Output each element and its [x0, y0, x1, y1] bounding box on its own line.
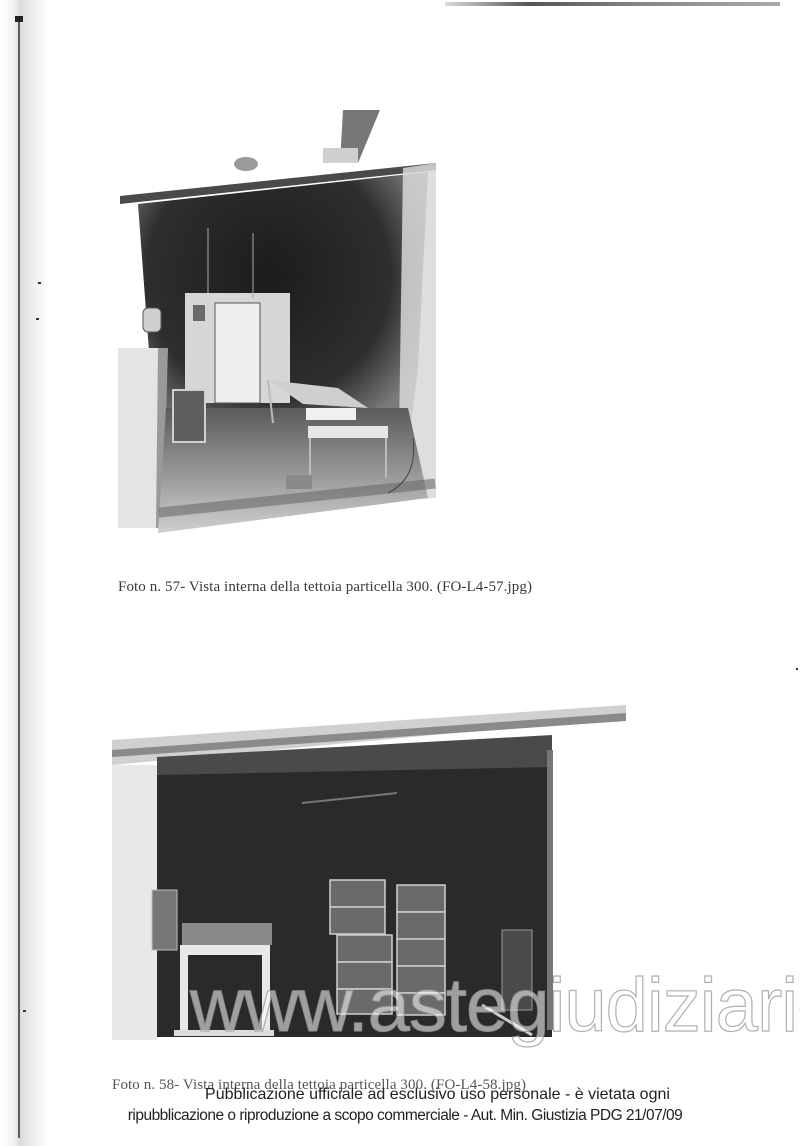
scan-binding-edge	[0, 0, 48, 1146]
footer-disclaimer-line-1: Pubblicazione ufficiale ad esclusivo uso…	[0, 1086, 800, 1104]
watermark: www.astegiudiziarie.it	[190, 962, 800, 1049]
photo-57-caption: Foto n. 57- Vista interna della tettoia …	[118, 579, 532, 596]
photo-57	[118, 108, 436, 540]
scan-speck	[36, 318, 39, 320]
scan-top-edge	[445, 2, 780, 6]
scan-speck	[23, 1010, 26, 1012]
footer-disclaimer-line-2: ripubblicazione o riproduzione a scopo c…	[0, 1107, 800, 1125]
scan-speck	[796, 668, 798, 670]
scan-speck	[38, 282, 41, 284]
